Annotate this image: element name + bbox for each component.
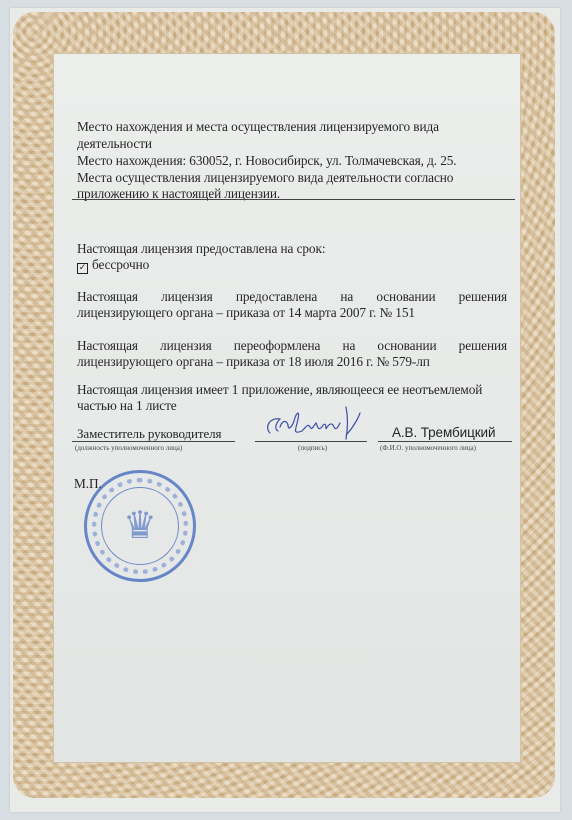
name-caption: (Ф.И.О. уполномоченного лица) bbox=[380, 444, 476, 452]
signature-line bbox=[255, 441, 367, 442]
seal-label: М.П. bbox=[74, 475, 102, 492]
reissued-line2: лицензирующего органа – приказа от 18 ию… bbox=[77, 353, 430, 370]
checked-checkbox-icon: ✓ bbox=[77, 263, 88, 274]
term-option-label: бессрочно bbox=[92, 257, 149, 272]
location-address: Место нахождения: 630052, г. Новосибирск… bbox=[77, 152, 517, 169]
position-caption: (должность уполномоченного лица) bbox=[75, 444, 182, 452]
signer-name: А.В. Трембицкий bbox=[392, 424, 495, 441]
section-divider bbox=[72, 199, 515, 200]
signer-position: Заместитель руководителя bbox=[77, 425, 221, 442]
signature-caption: (подпись) bbox=[298, 444, 327, 452]
signature-icon bbox=[262, 405, 372, 445]
position-line bbox=[72, 441, 235, 442]
location-heading-line2: деятельности bbox=[77, 135, 152, 152]
granted-line2: лицензирующего органа – приказа от 14 ма… bbox=[77, 304, 415, 321]
appendix-line2: частью на 1 листе bbox=[77, 397, 177, 414]
term-label: Настоящая лицензия предоставлена на срок… bbox=[77, 240, 325, 257]
places-line1: Места осуществления лицензируемого вида … bbox=[77, 169, 517, 186]
location-heading-line1: Место нахождения и места осуществления л… bbox=[77, 118, 517, 135]
reissued-line1: Настоящая лицензия переоформлена на осно… bbox=[77, 337, 507, 354]
name-line bbox=[378, 441, 512, 442]
coat-of-arms-icon: ♛ bbox=[118, 501, 162, 549]
term-option: ✓бессрочно bbox=[77, 256, 149, 273]
granted-text: Настоящая лицензия предоставлена на осно… bbox=[77, 288, 507, 305]
reissued-text: Настоящая лицензия переоформлена на осно… bbox=[77, 337, 507, 354]
appendix-line1: Настоящая лицензия имеет 1 приложение, я… bbox=[77, 381, 509, 398]
granted-line1: Настоящая лицензия предоставлена на осно… bbox=[77, 288, 507, 305]
